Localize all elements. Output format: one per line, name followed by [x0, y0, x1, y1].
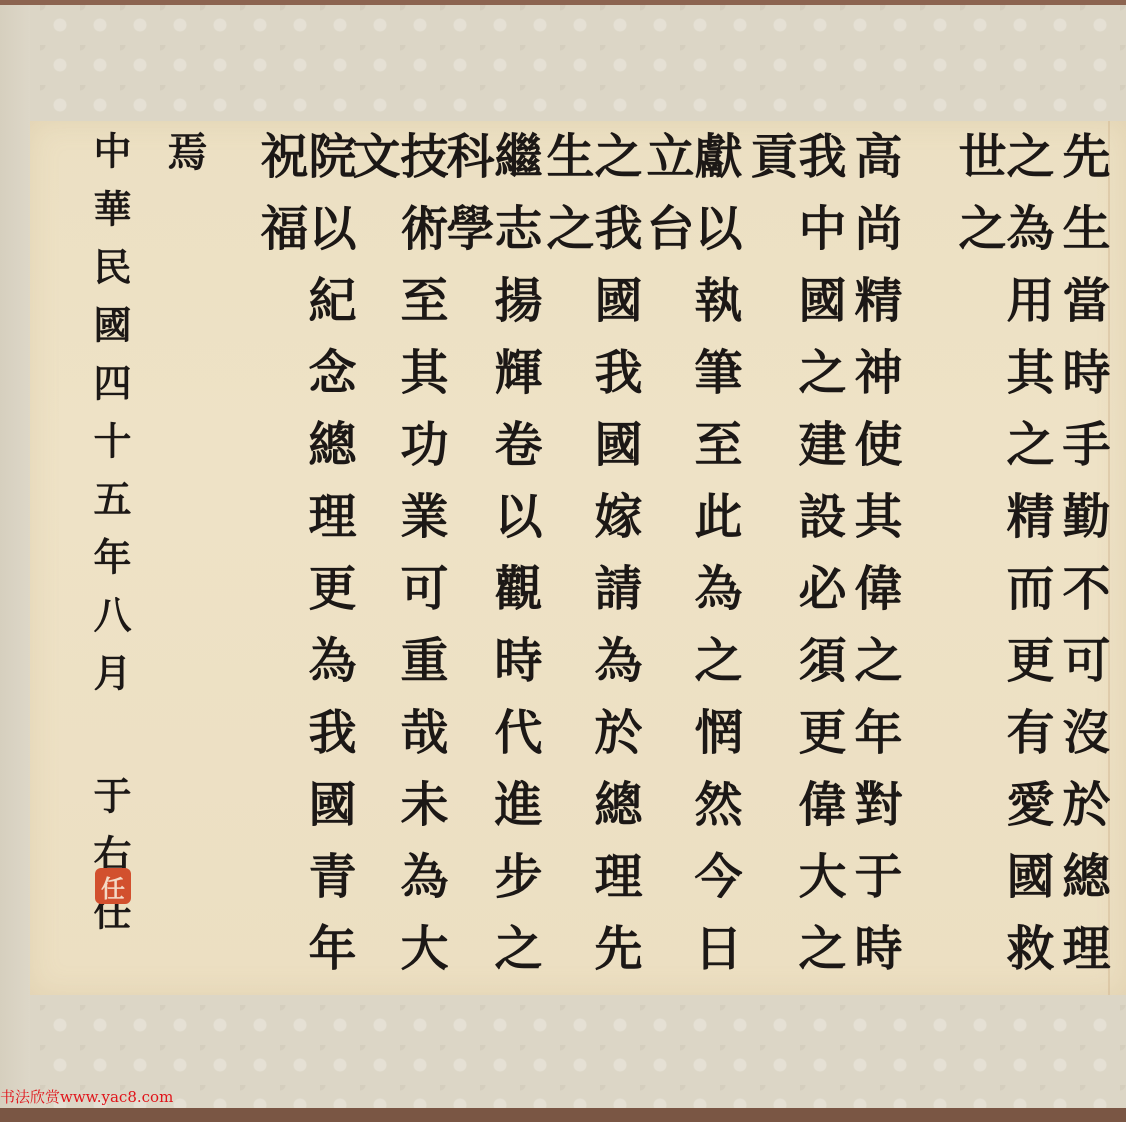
- text-column-7: 繼志揚輝卷以觀時代進步之科學: [442, 131, 538, 995]
- text-column-6: 之我國我國嫁請為於總理先生之: [542, 131, 638, 995]
- site-watermark: 书法欣赏www.yac8.com: [0, 1086, 173, 1107]
- text-column-10: 焉: [164, 131, 204, 195]
- text-column-9: 院以紀念總理更為我國青年祝福: [256, 131, 352, 995]
- text-column-2: 之為用其之精而更有愛國救世之: [954, 131, 1050, 995]
- mount-left-edge: [0, 5, 30, 1108]
- calligraphy-paper: 先生當時手勤不可沒於總理 之為用其之精而更有愛國救世之 高尚精神使其偉之年對于時…: [30, 121, 1126, 995]
- signature-column: 中華民國四十五年八月 于右任: [90, 131, 128, 950]
- seal-text: 任: [101, 869, 125, 904]
- text-column-5: 獻以執筆至此為之惘然今日立台: [642, 131, 738, 995]
- text-column-3: 高尚精神使其偉之年對于時: [850, 131, 898, 995]
- text-column-4: 我中國之建設必須更偉大之貢: [746, 131, 842, 995]
- scroll-frame-bottom: [0, 1108, 1126, 1122]
- text-column-1: 先生當時手勤不可沒於總理: [1058, 131, 1106, 995]
- red-seal-stamp: 任: [95, 868, 131, 904]
- text-column-8: 技術至其功業可重哉未為大文: [348, 131, 444, 995]
